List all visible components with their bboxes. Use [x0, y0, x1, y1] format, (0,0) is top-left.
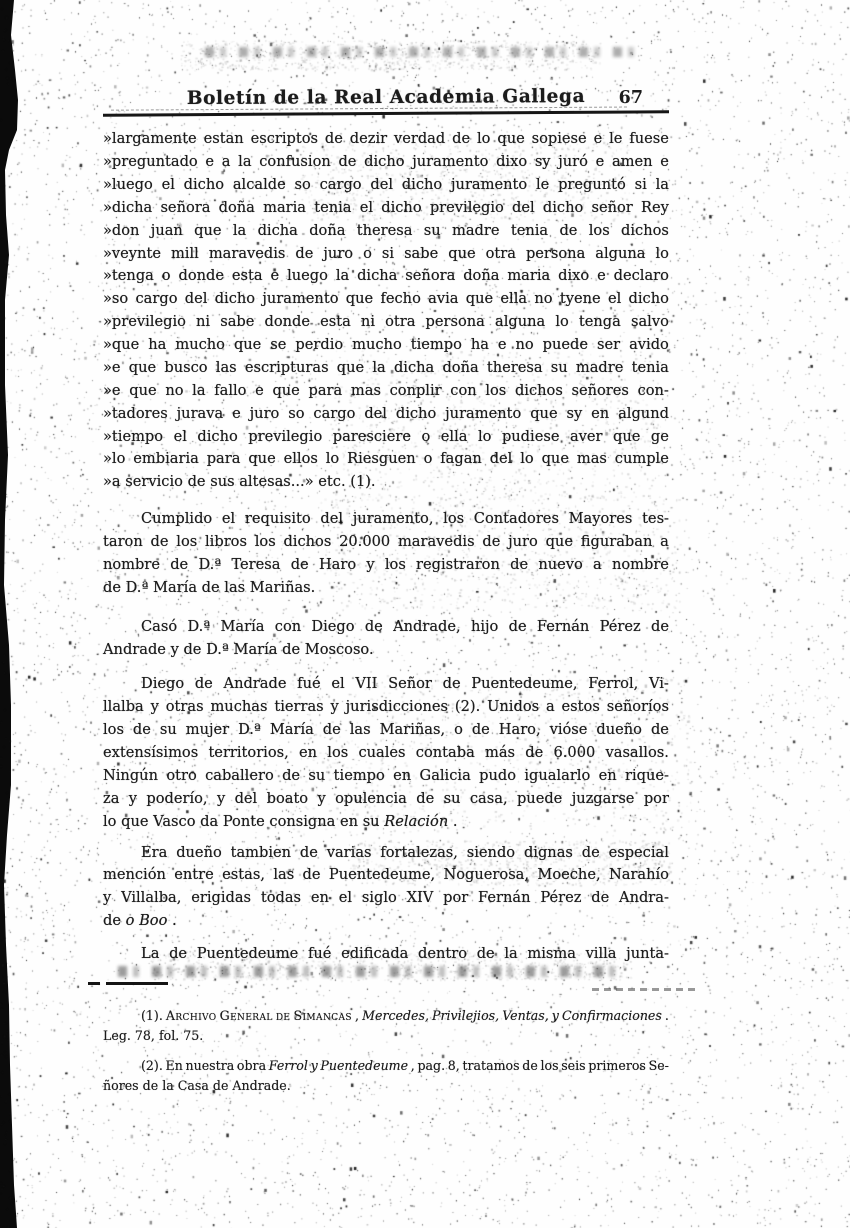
word: theresa	[487, 357, 543, 380]
word: escriptos	[251, 128, 318, 151]
word: su	[160, 719, 177, 742]
word: muchas	[210, 696, 267, 719]
word: Casó	[141, 616, 177, 639]
word: llalba	[103, 696, 144, 719]
word: e	[271, 265, 280, 288]
word: de	[522, 1056, 538, 1076]
word: con-	[638, 380, 669, 403]
word: juzgarse	[572, 788, 635, 811]
word: maravedis	[398, 531, 475, 554]
word: cargo	[136, 288, 178, 311]
word: »a	[103, 473, 121, 490]
word: dicha	[357, 265, 397, 288]
word: de	[282, 765, 300, 788]
word: »tiempo	[103, 426, 163, 449]
word: dixo	[496, 151, 527, 174]
word: de	[325, 128, 343, 151]
word: »que	[103, 334, 139, 357]
word: juramento,	[353, 508, 434, 531]
word: juan	[151, 220, 183, 243]
word: varias	[327, 842, 372, 865]
word: »previlegio	[103, 311, 186, 334]
header-rule	[103, 110, 669, 117]
scanned-document-page: Boletín de la Real Academia Gallega 67 »…	[0, 0, 850, 1228]
page-content: Boletín de la Real Academia Gallega 67 »…	[103, 86, 669, 1096]
word: conplir	[390, 380, 442, 403]
word: sus	[210, 473, 234, 490]
word: dicho	[396, 403, 436, 426]
word: dentro	[418, 943, 467, 966]
word: de	[213, 1078, 229, 1093]
word: consigna	[269, 813, 335, 830]
word: D.ª	[126, 579, 149, 596]
word: de	[151, 531, 169, 554]
word: Andra-	[619, 887, 669, 910]
word: madre	[576, 357, 624, 380]
word: de	[651, 616, 669, 639]
word: extensísimos	[103, 742, 198, 765]
word: los	[485, 380, 506, 403]
word: de	[133, 719, 151, 742]
word: dicho	[381, 197, 421, 220]
word: de	[509, 616, 527, 639]
word: señora	[405, 265, 455, 288]
text-line: losdesumujerD.ªMaríadelasMariñas,odeHaro…	[103, 719, 669, 742]
italic-word: Relación	[384, 813, 448, 830]
word: mucho	[175, 334, 225, 357]
word: lo	[326, 448, 339, 471]
word: lo	[656, 243, 669, 266]
word: dichos	[621, 220, 669, 243]
word: dichos	[515, 380, 563, 403]
word: otro	[166, 765, 196, 788]
word: primeros	[588, 1056, 646, 1076]
word: fuese	[629, 128, 669, 151]
word: ,	[411, 1056, 415, 1076]
word: persona	[526, 243, 585, 266]
footnote-2: (2).EnnuestraobraFerrolyPuentedeume,pag.…	[103, 1056, 669, 1096]
word: Andrade	[224, 673, 287, 696]
text-line: »preguntadoealaconfusiondedichojuramento…	[103, 151, 669, 174]
word: de	[170, 554, 188, 577]
word: fué	[297, 673, 320, 696]
word: »preguntado	[103, 151, 198, 174]
word: de	[443, 673, 461, 696]
word: Mayores	[569, 508, 633, 531]
text-line: »donjuanqueladichadoñatheresasumadreteni…	[103, 220, 669, 243]
word: dicho	[364, 151, 404, 174]
word: y	[129, 788, 137, 811]
word: le	[609, 128, 622, 151]
word: e	[232, 403, 241, 426]
word: entre	[174, 864, 214, 887]
italic-word: Ventas,	[502, 1006, 549, 1026]
word: de	[525, 742, 543, 765]
word: villa	[586, 943, 617, 966]
word: de	[559, 220, 577, 243]
word: taron	[103, 531, 143, 554]
word: que	[530, 403, 557, 426]
word: algund	[618, 403, 669, 426]
word: con	[450, 380, 476, 403]
italic-word: o	[126, 912, 135, 929]
text-line: LadePuentedeumefuéedificadadentrodelamis…	[103, 943, 669, 966]
word: del	[320, 508, 343, 531]
word: Moeche,	[537, 864, 600, 887]
word: libros	[205, 531, 247, 554]
text-line: »tadoresjuravaejurosocargodeldichojurame…	[103, 403, 669, 426]
word: nuevo	[538, 554, 582, 577]
word: casa,	[470, 788, 508, 811]
word: pag.	[417, 1056, 445, 1076]
word: señores	[571, 380, 628, 403]
word: donde	[178, 265, 224, 288]
word: puede	[517, 788, 562, 811]
italic-word: Boo	[139, 912, 167, 929]
word: lo	[478, 426, 491, 449]
word: avido	[629, 334, 669, 357]
word: cuales	[358, 742, 405, 765]
word: altesas...»	[239, 473, 313, 490]
word: maravedis	[209, 243, 286, 266]
word: »so	[103, 288, 128, 311]
text-line: (1).ArchivoGeneraldeSimancas,Mercedes,Pr…	[103, 1006, 669, 1026]
word: 75.	[183, 1028, 203, 1043]
word: el	[162, 174, 175, 197]
scan-binding-artifact	[0, 0, 22, 1228]
word: territorios,	[208, 742, 288, 765]
word: las	[273, 864, 294, 887]
italic-word: Privilejios,	[432, 1006, 499, 1026]
word: mas	[351, 380, 381, 403]
text-line: de D.ª María de las Mariñas.	[103, 577, 669, 600]
word: en	[340, 813, 358, 830]
text-line: yVillalba,erigidastodasenelsigloXIVporFe…	[103, 887, 669, 910]
word: »tenga	[103, 265, 154, 288]
word: tratamos	[462, 1056, 519, 1076]
word: que	[129, 357, 156, 380]
text-line: Cumplidoelrequisitodeljuramento,losConta…	[103, 508, 669, 531]
word: maria	[263, 197, 306, 220]
word: nuestra	[186, 1056, 235, 1076]
word: los	[443, 508, 464, 531]
word: Unidos	[487, 696, 539, 719]
text-line: NingúnotrocaballerodesutiempoenGaliciapu…	[103, 765, 669, 788]
word: estan	[204, 128, 244, 151]
word: doña	[442, 357, 478, 380]
word: doña	[309, 220, 345, 243]
word: busco	[164, 357, 207, 380]
paragraph-cumplido: Cumplidoelrequisitodeljuramento,losConta…	[103, 508, 669, 600]
word: verdad	[394, 128, 445, 151]
word: la	[233, 220, 246, 243]
word: dixo	[558, 265, 589, 288]
word: Ferrol,	[588, 673, 638, 696]
word: Casa	[178, 1078, 209, 1093]
smallcaps-word: Simancas	[293, 1006, 352, 1026]
word: 6.000	[553, 742, 595, 765]
word: por	[644, 788, 669, 811]
word: fallo	[214, 380, 246, 403]
word: la	[238, 151, 251, 174]
text-line: llalbayotrasmuchastierrasyjurisdicciones…	[103, 696, 669, 719]
word: en	[599, 765, 617, 788]
word: Fernán	[478, 887, 530, 910]
word: dicha	[258, 220, 298, 243]
word: las	[224, 579, 245, 596]
word: otra	[486, 243, 516, 266]
paragraph-caso: CasóD.ªMaríaconDiegodeAndrade,hijodeFern…	[103, 616, 669, 662]
word: e	[255, 380, 264, 403]
word: cumple	[615, 448, 669, 471]
word: e	[594, 128, 603, 151]
paragraph-diego: DiegodeAndradefuéelVIISeñordePuentedeume…	[103, 673, 669, 833]
smallcaps-word: Archivo	[166, 1006, 217, 1026]
word: sabe	[220, 311, 254, 334]
text-line: »a servicio de sus altesas...» etc. (1).	[103, 471, 669, 494]
text-line: »largamenteestanescriptosdedezirverdadde…	[103, 128, 669, 151]
word: en	[591, 403, 609, 426]
word: Moscoso.	[305, 641, 374, 658]
word: y	[317, 788, 325, 811]
word: de	[477, 943, 495, 966]
word: rique-	[625, 765, 669, 788]
word: ha	[471, 334, 489, 357]
word: otras	[166, 696, 204, 719]
word: za	[103, 788, 119, 811]
word: nombre	[103, 554, 160, 577]
word: señoríos	[607, 696, 669, 719]
word: de	[510, 554, 528, 577]
word: y	[151, 696, 159, 719]
word: de	[169, 943, 187, 966]
word: más	[485, 742, 515, 765]
italic-word: y	[552, 1006, 559, 1026]
word: esta	[320, 311, 351, 334]
text-line: »tiempoeldichoprevilegioparesciereoellal…	[103, 426, 669, 449]
word: Galicia	[420, 765, 471, 788]
word: hijo	[471, 616, 498, 639]
word: estos	[562, 696, 600, 719]
word: que	[121, 813, 148, 830]
text-line: nombredeD.ªTeresadeHaroylosregistraronde…	[103, 554, 669, 577]
word: tierras	[274, 696, 323, 719]
word: que	[546, 531, 573, 554]
word: .	[172, 912, 177, 929]
word: requisito	[245, 508, 311, 531]
word: de	[103, 912, 121, 929]
word: D.ª	[206, 641, 229, 658]
word: que	[542, 448, 569, 471]
word: María	[153, 579, 197, 596]
word: cargo	[313, 403, 355, 426]
word: no	[516, 334, 534, 357]
word: »luego	[103, 174, 153, 197]
word: ge	[651, 426, 669, 449]
word: o	[454, 719, 463, 742]
word: los	[540, 1056, 558, 1076]
word: o	[162, 265, 171, 288]
paragraph-puentedeume: LadePuentedeumefuéedificadadentrodelamis…	[103, 943, 669, 966]
word: VII	[355, 673, 377, 696]
word: La	[141, 943, 159, 966]
word: tiempo	[334, 765, 385, 788]
word: avia	[428, 288, 458, 311]
word: .	[665, 1006, 669, 1026]
word: Cumplido	[141, 508, 212, 531]
word: fué	[308, 943, 331, 966]
text-line: menciónentreestas,lasdePuentedeume,Nogue…	[103, 864, 669, 887]
word: de	[300, 842, 318, 865]
word: le	[536, 174, 549, 197]
word: especial	[609, 842, 669, 865]
word: 8,	[448, 1056, 460, 1076]
word: Contadores	[474, 508, 559, 531]
word: amen	[612, 151, 653, 174]
word: escripturas	[245, 357, 329, 380]
word: el	[339, 887, 352, 910]
word: dicho	[215, 288, 255, 311]
word: alguna	[595, 243, 645, 266]
word: en	[311, 887, 329, 910]
text-line: CasóD.ªMaríaconDiegodeAndrade,hijodeFern…	[103, 616, 669, 639]
text-line: extensísimosterritorios,enloscualesconta…	[103, 742, 669, 765]
word: ñores	[103, 1078, 139, 1093]
word: Señor	[388, 673, 432, 696]
word: Puentedeume	[197, 943, 299, 966]
word: Riesguen	[347, 448, 416, 471]
word: ni	[361, 311, 375, 334]
word: etc.	[318, 473, 345, 490]
text-line: »tengaodondeestaeluegoladichaseñoradoñam…	[103, 265, 669, 288]
word: perdio	[295, 334, 343, 357]
text-line: DiegodeAndradefuéelVIISeñordePuentedeume…	[103, 673, 669, 696]
word: cargo	[320, 174, 362, 197]
word: Era	[141, 842, 167, 865]
text-line: ñores de la Casa de Andrade.	[103, 1076, 669, 1096]
word: ella	[500, 288, 527, 311]
word: las	[216, 357, 237, 380]
word: todas	[261, 887, 301, 910]
word: .	[453, 813, 458, 830]
word: fecho	[380, 288, 420, 311]
word: doña	[219, 197, 255, 220]
text-line: »equenolafalloequeparamasconplirconlosdi…	[103, 380, 669, 403]
footnote-1: (1).ArchivoGeneraldeSimancas,Mercedes,Pr…	[103, 1006, 669, 1046]
word: la	[162, 1078, 174, 1093]
word: a	[593, 554, 602, 577]
word: Teresa	[231, 554, 280, 577]
word: so	[295, 174, 311, 197]
word: fortalezas,	[380, 842, 458, 865]
text-line: »loembiariaparaqueellosloRiesguenofagand…	[103, 448, 669, 471]
footnotes-block: (1).ArchivoGeneraldeSimancas,Mercedes,Pr…	[103, 1006, 669, 1096]
word: XIV	[407, 887, 434, 910]
word: o	[424, 448, 433, 471]
word: juramento	[445, 403, 521, 426]
word: previlegio	[248, 426, 322, 449]
word: de	[202, 579, 220, 596]
word: »don	[103, 220, 139, 243]
word: obra	[237, 1056, 266, 1076]
text-line: Leg. 78, fol. 75.	[103, 1026, 669, 1046]
word: del	[364, 403, 387, 426]
word: y	[171, 641, 179, 658]
word: los	[589, 220, 610, 243]
word: junta-	[626, 943, 669, 966]
word: los	[255, 531, 276, 554]
word: señor	[592, 197, 633, 220]
word: que	[272, 380, 299, 403]
word: de	[651, 719, 669, 742]
word: estas,	[222, 864, 265, 887]
word: Rey	[641, 197, 669, 220]
word: siendo	[467, 842, 515, 865]
text-line: lo que Vasco da Ponte consigna en su Rel…	[103, 811, 669, 834]
word: Andrade,	[393, 616, 461, 639]
word: dicho	[629, 288, 669, 311]
word: dueño	[596, 719, 642, 742]
word: ha	[148, 334, 166, 357]
word: de	[103, 579, 121, 596]
word: aver	[570, 426, 603, 449]
word: boato	[267, 788, 308, 811]
word: Diego	[141, 673, 184, 696]
word: su	[424, 220, 441, 243]
word: D.ª	[238, 719, 261, 742]
word: mucho	[352, 334, 402, 357]
word: los	[385, 554, 406, 577]
word: María	[234, 641, 278, 658]
word: Pérez	[540, 887, 581, 910]
word: mujer	[186, 719, 229, 742]
word: que	[346, 288, 373, 311]
word: Andrade	[103, 641, 166, 658]
word: el	[222, 508, 235, 531]
word: de	[295, 243, 313, 266]
word: del	[185, 288, 208, 311]
word: 20.000	[339, 531, 390, 554]
word: »e	[103, 380, 121, 403]
word: juramento	[412, 151, 488, 174]
word: de	[365, 616, 383, 639]
word: e	[596, 151, 605, 174]
word: o	[363, 243, 372, 266]
quoted-transcription-block: »largamenteestanescriptosdedezirverdadde…	[103, 128, 669, 494]
word: que	[613, 426, 640, 449]
word: el	[174, 426, 187, 449]
word: de	[472, 719, 490, 742]
word: para	[309, 380, 343, 403]
word: los	[327, 742, 348, 765]
word: la	[504, 943, 517, 966]
word: de	[482, 531, 500, 554]
word: preguntó	[558, 174, 626, 197]
word: theresa	[357, 220, 413, 243]
word: Se-	[649, 1056, 669, 1076]
word: so	[288, 403, 304, 426]
word: dignas	[524, 842, 573, 865]
word: misma	[527, 943, 576, 966]
word: el	[608, 288, 621, 311]
word: maria	[507, 265, 550, 288]
word: e	[660, 151, 669, 174]
word: tenia	[511, 220, 548, 243]
word: su	[308, 765, 325, 788]
word: Diego	[311, 616, 354, 639]
word: (1).	[350, 473, 375, 490]
word: nombre	[612, 554, 669, 577]
